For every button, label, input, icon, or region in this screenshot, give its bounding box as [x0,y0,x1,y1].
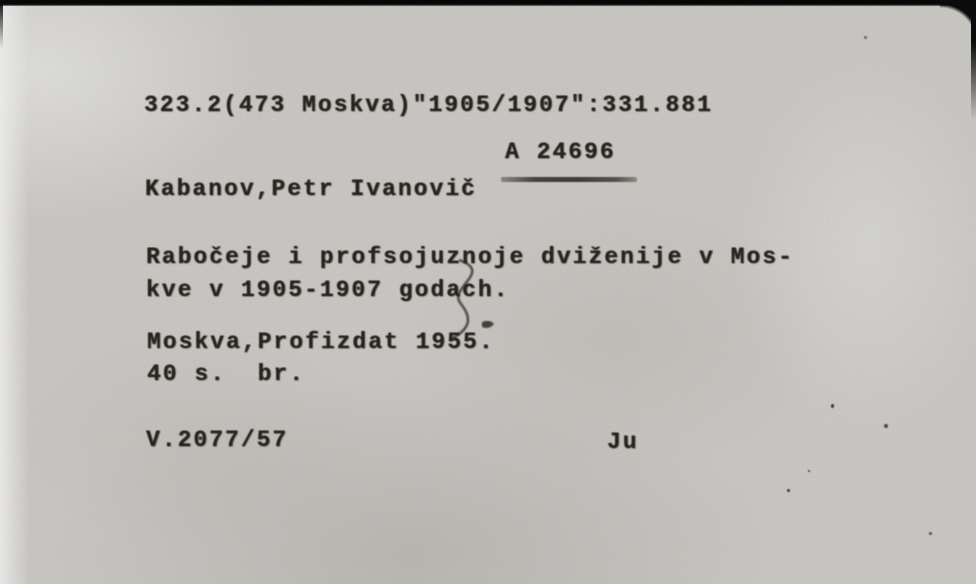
catalog-card-scan: 323.2(473 Moskva)"1905/1907":331.881 A 2… [0,0,976,584]
scan-speck [787,489,790,492]
author-heading: Kabanov,Petr Ivanovič [145,176,477,202]
classification-number: 323.2(473 Moskva)"1905/1907":331.881 [144,92,713,118]
accession-underline [501,177,637,182]
scan-speck [884,424,888,428]
shelf-number: V.2077/57 [146,427,288,453]
cataloger-initials: Ju [607,429,639,455]
title-line-2: kve v 1905-1907 godach. [146,277,509,303]
scanner-edge-right [971,0,976,120]
scan-speck [831,404,834,408]
accession-number: A 24696 [505,139,616,165]
imprint-line: Moskva,Profizdat 1955. [147,329,495,355]
scan-speck [808,470,810,472]
collation-line: 40 s. br. [147,361,305,387]
scanner-edge-top [0,0,976,6]
scan-speck [929,532,932,535]
title-line-1: Rabočeje i profsojuznoje dviženije v Mos… [146,244,794,270]
ink-blot [482,321,494,328]
scanner-edge-left [0,0,3,48]
scan-speck [864,36,867,39]
